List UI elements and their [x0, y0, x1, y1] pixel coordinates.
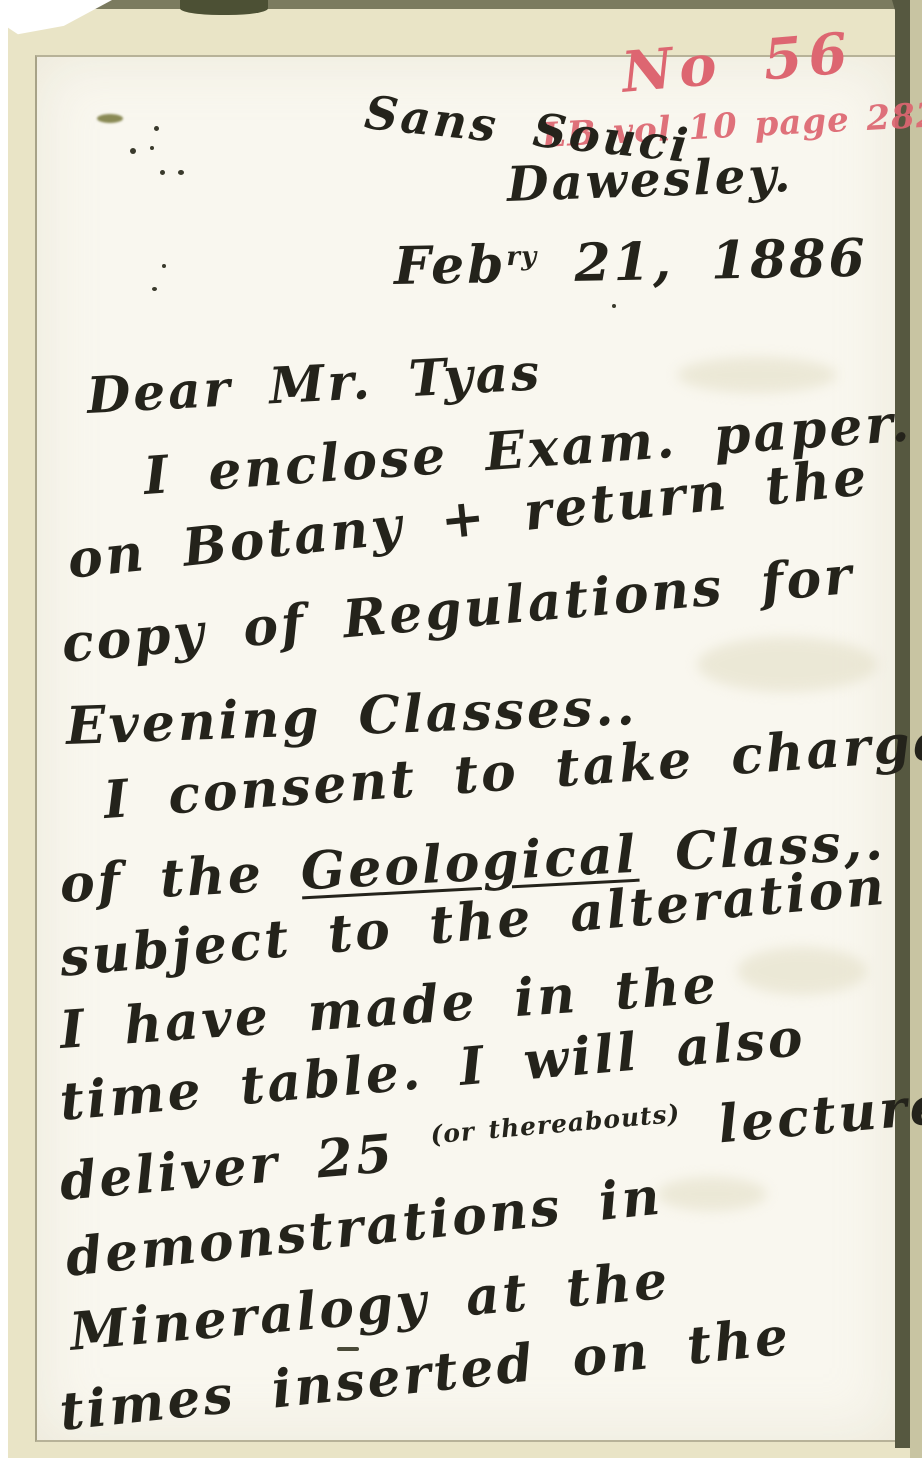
body-line-6-prefix: of the [58, 841, 302, 915]
bleed-through-mark [677, 357, 837, 393]
ink-speck [150, 146, 154, 150]
scan-top-edge [0, 0, 922, 9]
bleed-through-mark [697, 637, 877, 692]
ink-speck [130, 148, 136, 154]
date-month: Feb [393, 234, 507, 297]
date-month-superscript: ry [506, 242, 537, 273]
interlinear-note: (or thereabouts) [429, 1099, 681, 1150]
bleed-through-mark [737, 947, 867, 995]
date-line: Febry 21, 1886 [394, 233, 869, 293]
body-line-10-suffix: lectures + [679, 1065, 922, 1159]
archival-number: No 56 [620, 25, 856, 101]
ink-speck [612, 304, 616, 308]
letter-scan: No 56 LB vol 10 page 282 Sans Souci Dawe… [0, 0, 922, 1458]
ink-speck [152, 287, 157, 291]
ink-speck [178, 170, 184, 175]
date-rest: 21, 1886 [537, 228, 868, 295]
address-line-2: Dawesley. [506, 151, 794, 209]
salutation: Dear Mr. Tyas [86, 347, 544, 421]
top-edge-blotch [180, 0, 268, 15]
ink-speck [154, 126, 159, 131]
ink-speck [160, 170, 165, 175]
ink-speck [162, 264, 166, 268]
bleed-through-mark [657, 1177, 767, 1211]
ink-smudge [97, 114, 123, 123]
letter-page: No 56 LB vol 10 page 282 Sans Souci Dawe… [35, 55, 895, 1442]
